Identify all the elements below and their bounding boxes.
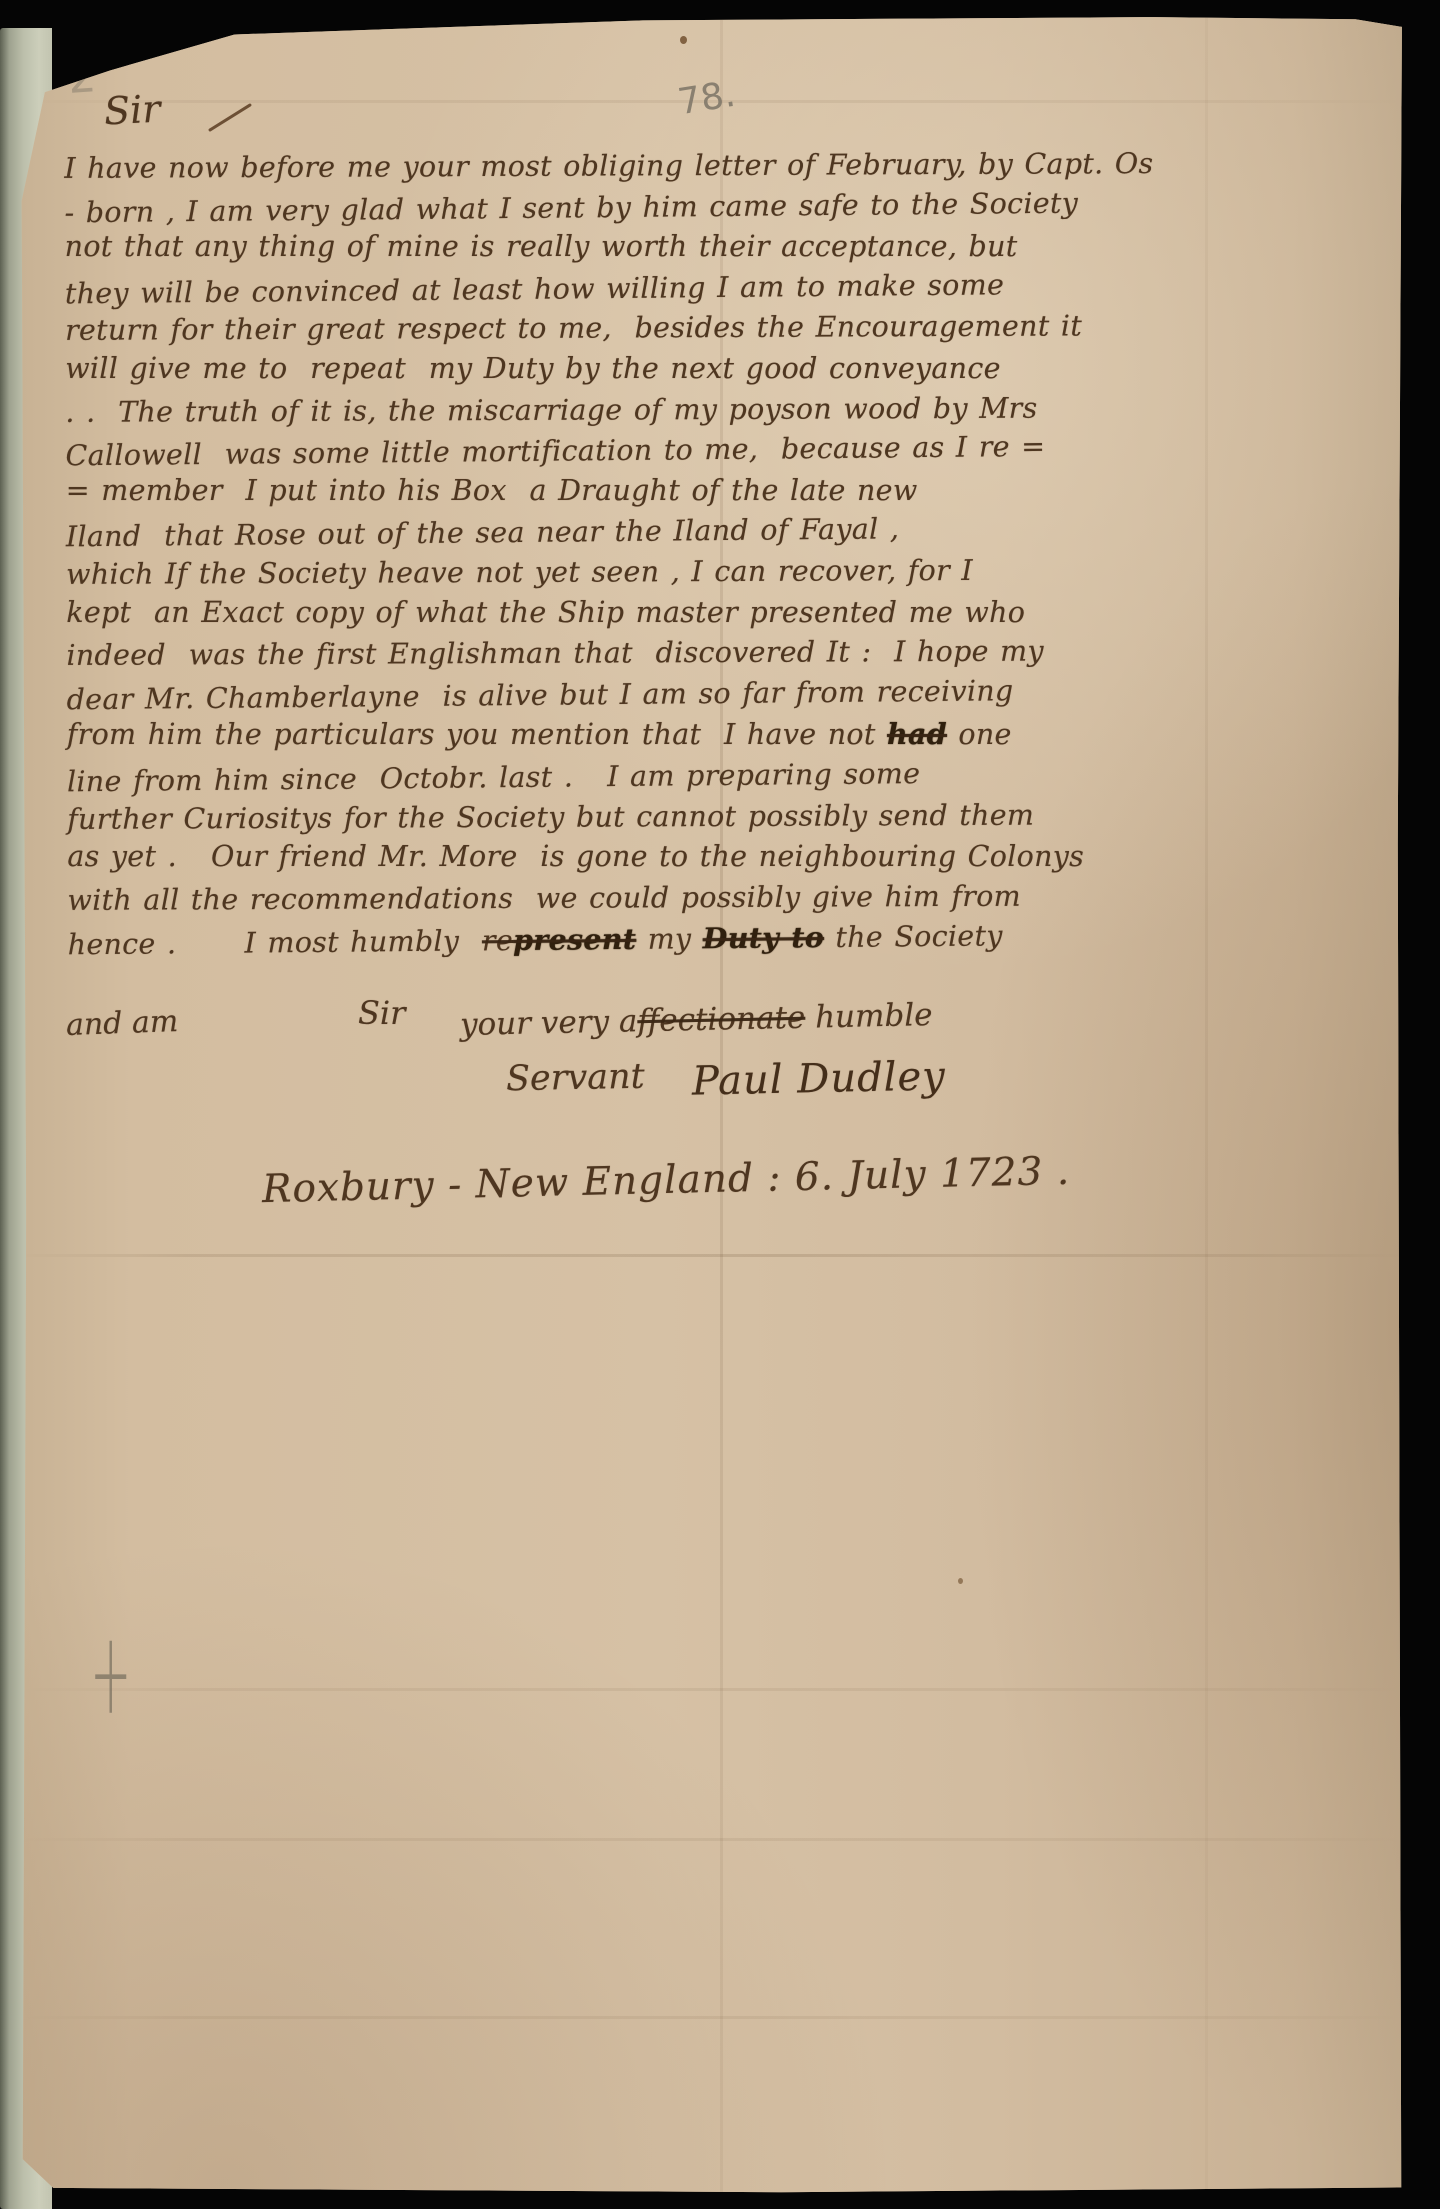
- struck-word: ffectionate: [637, 1000, 806, 1040]
- line-text: hence . I most humbly: [68, 925, 483, 962]
- body-line: not that any thing of mine is really wor…: [65, 227, 1380, 268]
- body-line: = member I put into his Box a Draught of…: [66, 471, 1381, 512]
- closing-compliment: your very affectionate humble: [460, 997, 933, 1043]
- corrected-word: present: [513, 922, 637, 957]
- fold-crease-horizontal: [20, 2016, 1404, 2019]
- compliment-text: your very a: [460, 1003, 638, 1043]
- pen-flourish: [208, 103, 252, 132]
- corrected-word: Duty to: [703, 920, 825, 955]
- fold-crease-horizontal: [20, 1254, 1404, 1257]
- struck-word: re: [482, 924, 513, 957]
- page-number-pencil: 78.: [675, 74, 738, 123]
- line-text: my: [636, 922, 703, 956]
- margin-cross-pencil: +: [90, 1606, 131, 1740]
- corrected-word: had: [887, 717, 947, 751]
- parchment-page: 2 78. + Sir I have now before me your mo…: [20, 16, 1404, 2194]
- ink-speck: [680, 36, 687, 44]
- salutation: Sir: [103, 87, 162, 134]
- line-text: the Society: [824, 920, 1003, 955]
- body-line: will give me to repeat my Duty by the ne…: [65, 349, 1380, 390]
- letter-body: I have now before me your most obliging …: [64, 143, 1383, 963]
- body-line: as yet . Our friend Mr. More is gone to …: [67, 837, 1382, 878]
- body-line: kept an Exact copy of what the Ship mast…: [66, 593, 1381, 634]
- ink-speck: [958, 1578, 963, 1584]
- fold-crease-horizontal: [20, 1838, 1404, 1841]
- closing-and-am: and am: [65, 1004, 178, 1043]
- closing-sir: Sir: [358, 994, 405, 1032]
- body-line: which If the Society heave not yet seen …: [66, 549, 1381, 595]
- signature-paul-dudley: Paul Dudley: [692, 1053, 947, 1104]
- compliment-text: humble: [805, 997, 933, 1036]
- photograph-of-letter: { "annotations": { "folio_pencil": "2", …: [0, 0, 1440, 2209]
- body-line-with-correction: from him the particulars you mention tha…: [67, 714, 1382, 756]
- folio-number-pencil: 2: [66, 51, 97, 104]
- dateline: Roxbury - New England : 6. July 1723 .: [262, 1149, 1071, 1212]
- fold-crease-horizontal: [20, 1688, 1404, 1691]
- line-text: from him the particulars you mention tha…: [67, 718, 887, 751]
- closing-servant: Servant: [506, 1057, 645, 1099]
- line-text: one: [947, 718, 1012, 751]
